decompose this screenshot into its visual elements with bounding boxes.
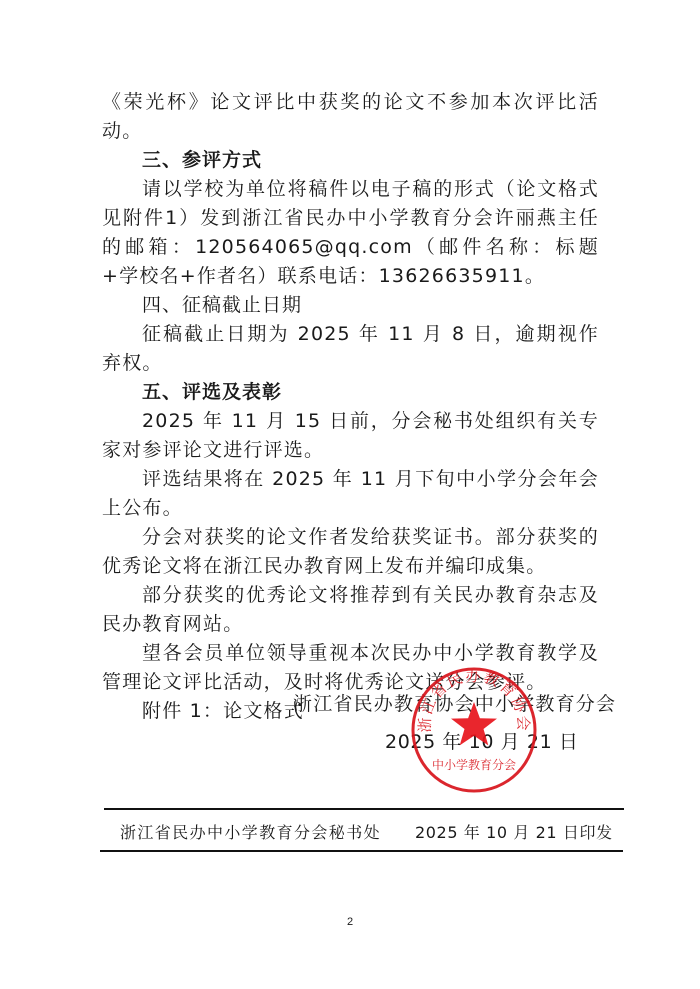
footer-issuer: 浙江省民办中小学教育分会秘书处 (120, 820, 381, 843)
section-heading-submission-method: 三、参评方式 (102, 146, 599, 175)
paragraph-exclusion-note: 《荣光杯》论文评比中获奖的论文不参加本次评比活动。 (102, 88, 599, 146)
paragraph-submission-method: 请以学校为单位将稿件以电子稿的形式（论文格式见附件1）发到浙江省民办中小学教育分… (102, 175, 599, 291)
signature-organization: 浙江省民办教育协会中小学教育分会 (293, 689, 616, 716)
footer-issue-date: 2025 年 10 月 21 日印发 (415, 820, 613, 843)
section-heading-deadline: 四、征稿截止日期 (102, 291, 599, 320)
paragraph-selection-date: 2025 年 11 月 15 日前，分会秘书处组织有关专家对参评论文进行评选。 (102, 407, 599, 465)
paragraph-recommendation: 部分获奖的优秀论文将推荐到有关民办教育杂志及民办教育网站。 (102, 581, 599, 639)
document-body: 《荣光杯》论文评比中获奖的论文不参加本次评比活动。 三、参评方式 请以学校为单位… (102, 88, 599, 726)
footer-bottom-rule (100, 850, 623, 852)
paragraph-certificates: 分会对获奖的论文作者发给获奖证书。部分获奖的优秀论文将在浙江民办教育网上发布并编… (102, 523, 599, 581)
signature-date: 2025 年 10 月 21 日 (385, 727, 579, 754)
seal-bottom-text: 中小学教育分会 (432, 757, 516, 772)
section-heading-selection-awards: 五、评选及表彰 (102, 378, 599, 407)
paragraph-deadline: 征稿截止日期为 2025 年 11 月 8 日，逾期视作弃权。 (102, 320, 599, 378)
footer-top-rule (104, 808, 624, 810)
paragraph-results-announcement: 评选结果将在 2025 年 11 月下旬中小学分会年会上公布。 (102, 465, 599, 523)
document-page: 《荣光杯》论文评比中获奖的论文不参加本次评比活动。 三、参评方式 请以学校为单位… (0, 0, 700, 989)
page-number: 2 (344, 916, 356, 928)
